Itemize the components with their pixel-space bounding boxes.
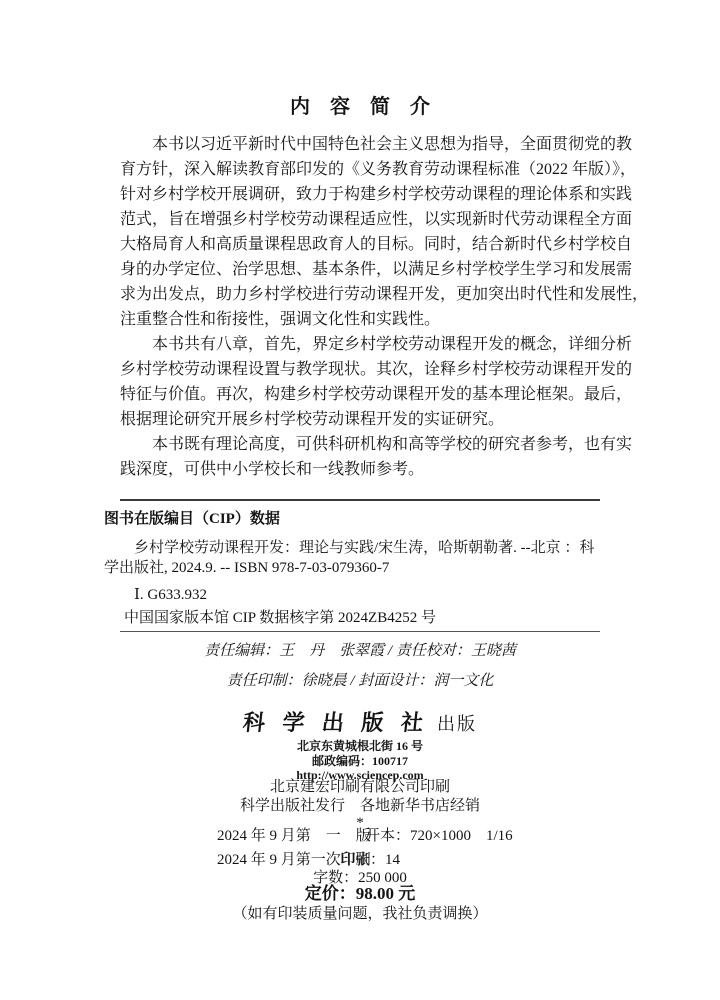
printing-credit-line: 责任印制：徐晓晨 / 封面设计：润一文化: [0, 670, 720, 692]
summary-line: 乡村学校劳动课程设置与教学现状。其次，诠释乡村学校劳动课程开发的: [120, 357, 601, 382]
edition-details: 2024 年 9 月第 一 版 开本：720×1000 1/16 2024 年 …: [217, 824, 603, 872]
summary-line: 育方针，深入解读教育部印发的《义务教育劳动课程标准（2022 年版）》，: [120, 157, 601, 182]
science-press-logo: 科 学 出 版 社: [242, 710, 431, 736]
cip-verification-number: 中国国家版本馆 CIP 数据核字第 2024ZB4252 号: [104, 608, 604, 628]
summary-line: 大格局育人和高质量课程思政育人的目标。同时，结合新时代乡村学校自: [120, 232, 601, 257]
edition-date: 2024 年 9 月第 一 版: [217, 824, 365, 848]
summary-line: 范式，旨在增强乡村学校劳动课程适应性，以实现新时代劳动课程全方面: [120, 207, 601, 232]
editor-credit-line: 责任编辑：王 丹 张翠霞 / 责任校对：王晓茜: [0, 640, 720, 662]
cip-heading: 图书在版编目（CIP）数据: [104, 508, 604, 530]
cip-record-line: 乡村学校劳动课程开发：理论与实践/宋生涛，哈斯朝勒著. --北京 ：科: [104, 538, 604, 558]
summary-line: 身的办学定位、治学思想、基本条件，以满足乡村学校学生学习和发展需: [120, 257, 601, 282]
summary-paragraph-1: 本书以习近平新时代中国特色社会主义思想为指导，全面贯彻党的教 育方针，深入解读教…: [120, 132, 601, 332]
cip-data-block: 图书在版编目（CIP）数据 乡村学校劳动课程开发：理论与实践/宋生涛，哈斯朝勒著…: [104, 508, 604, 628]
summary-line: 特征与价值。再次，构建乡村学校劳动课程开发的基本理论框架。最后，: [120, 382, 601, 407]
summary-line: 针对乡村学校开展调研，致力于构建乡村学校劳动课程的理论体系和实践: [120, 182, 601, 207]
format-spec: 开本：720×1000 1/16: [365, 824, 513, 848]
divider-rule-heavy: [120, 499, 600, 501]
publish-label: 出版: [437, 714, 477, 734]
staff-credits: 责任编辑：王 丹 张翠霞 / 责任校对：王晓茜 责任印制：徐晓晨 / 封面设计：…: [0, 640, 720, 692]
distribution-line: 科学出版社发行 各地新华书店经销: [0, 797, 720, 816]
summary-paragraph-2: 本书共有八章，首先，界定乡村学校劳动课程开发的概念，详细分析 乡村学校劳动课程设…: [120, 332, 601, 432]
content-summary: 本书以习近平新时代中国特色社会主义思想为指导，全面贯彻党的教 育方针，深入解读教…: [120, 132, 601, 482]
cip-record-line: 学出版社, 2024.9. -- ISBN 978-7-03-079360-7: [104, 558, 604, 578]
summary-line: 注重整合性和衔接性，强调文化性和实践性。: [120, 307, 601, 332]
summary-line: 本书共有八章，首先，界定乡村学校劳动课程开发的概念，详细分析: [120, 332, 601, 357]
publisher-address: 北京东黄城根北街 16 号: [0, 739, 720, 754]
copyright-page: 内 容 简 介 本书以习近平新时代中国特色社会主义思想为指导，全面贯彻党的教 育…: [0, 0, 720, 1000]
edition-row-1: 2024 年 9 月第 一 版 开本：720×1000 1/16: [217, 824, 603, 848]
cip-class-number: Ⅰ. G633.932: [104, 585, 604, 605]
quality-note: （如有印装质量问题，我社负责调换）: [0, 903, 720, 925]
summary-line: 求为出发点，助力乡村学校进行劳动课程开发，更加突出时代性和发展性，: [120, 282, 601, 307]
divider-rule-light: [120, 631, 600, 632]
summary-line: 践深度，可供中小学校长和一线教师参考。: [120, 457, 601, 482]
printer-line: 北京建宏印刷有限公司印刷: [0, 778, 720, 797]
summary-line: 根据理论研究开展乡村学校劳动课程开发的实证研究。: [120, 407, 601, 432]
page-title: 内 容 简 介: [0, 93, 720, 121]
publisher-postcode: 邮政编码：100717: [0, 754, 720, 769]
publisher-block: 科 学 出 版 社出版 北京东黄城根北街 16 号 邮政编码：100717 ht…: [0, 710, 720, 830]
summary-line: 本书以习近平新时代中国特色社会主义思想为指导，全面贯彻党的教: [120, 132, 601, 157]
summary-paragraph-3: 本书既有理论高度，可供科研机构和高等学校的研究者参考，也有实 践深度，可供中小学…: [120, 432, 601, 482]
publisher-logo-line: 科 学 出 版 社出版: [0, 710, 720, 739]
summary-line: 本书既有理论高度，可供科研机构和高等学校的研究者参考，也有实: [120, 432, 601, 457]
